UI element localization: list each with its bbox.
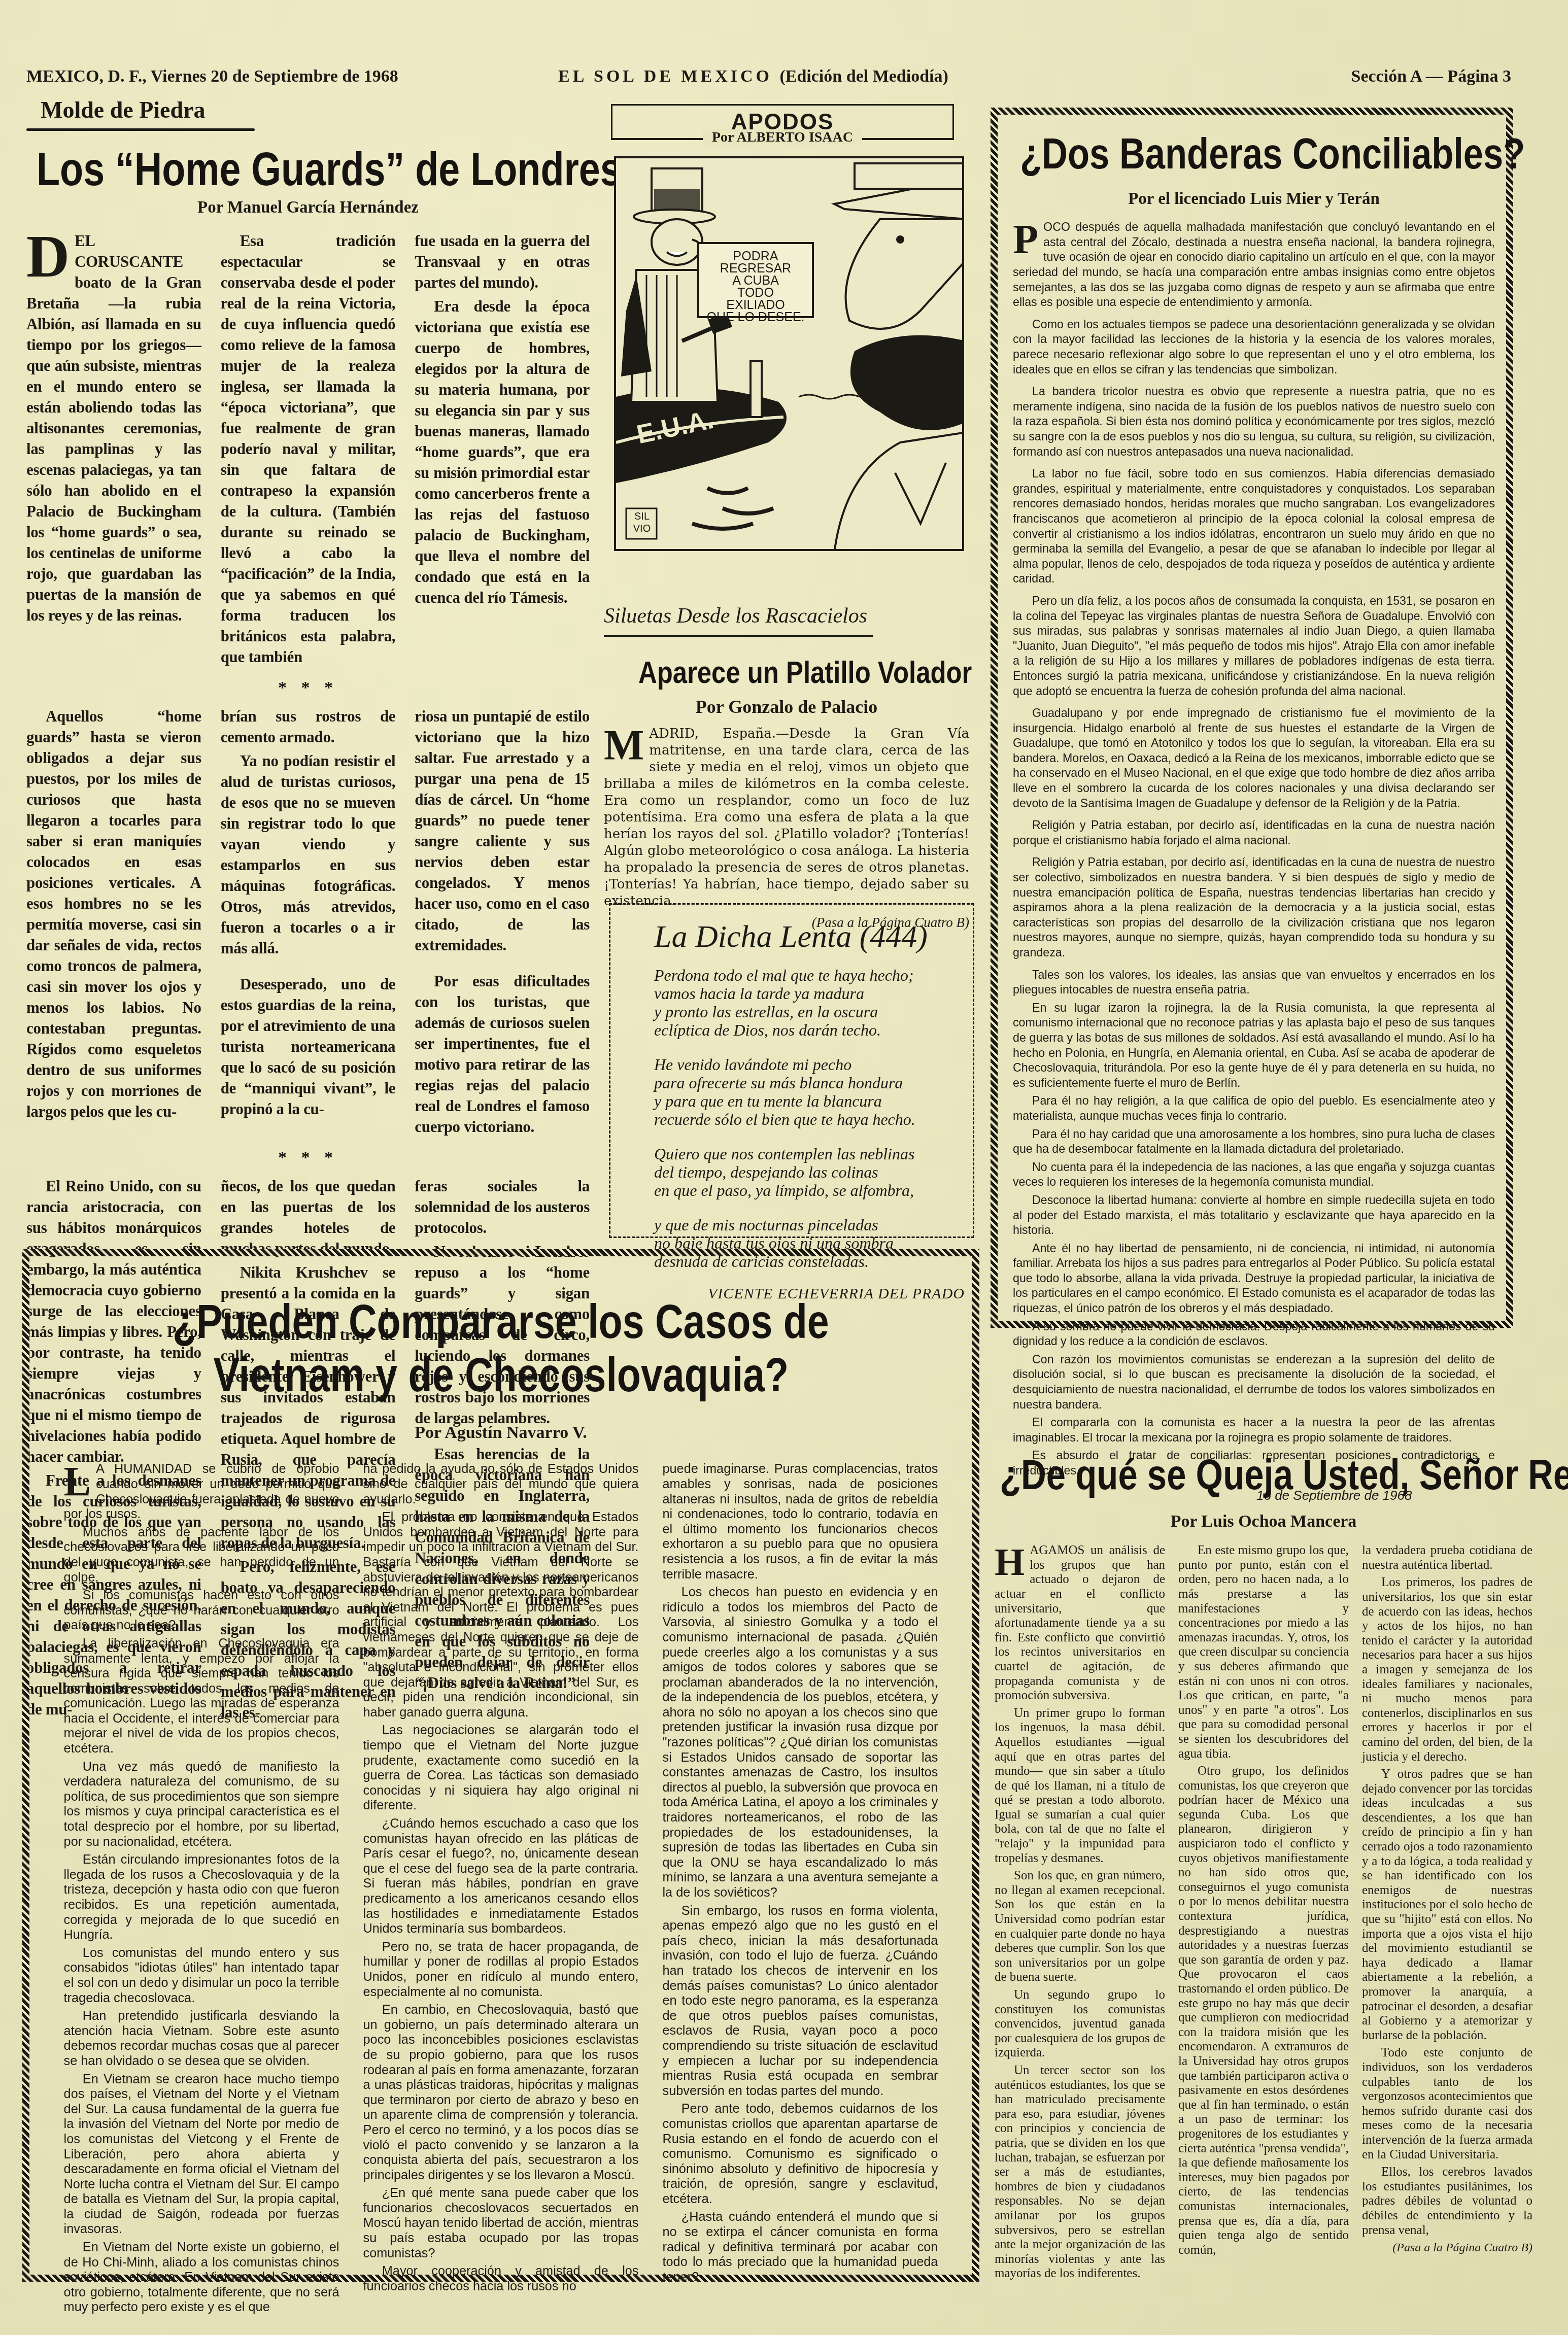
poem-stanza: Quiero que nos contemplen las neblinas d… bbox=[654, 1145, 965, 1199]
paragraph: Sin embargo, los rusos en forma violenta… bbox=[663, 1904, 938, 2099]
article-dos-banderas: ¿Dos Banderas Conciliables? Por el licen… bbox=[991, 108, 1513, 1328]
article-columns: H AGAMOS un análisis de los grupos que h… bbox=[995, 1543, 1532, 2284]
column-1: D EL CORUSCANTE boato de la Gran Bretaña… bbox=[26, 230, 201, 670]
paragraph: El compararla con la comunista es hacer … bbox=[1013, 1415, 1495, 1445]
headline: ¿Dos Banderas Conciliables? bbox=[1020, 131, 1519, 177]
sign-line: A CUBA bbox=[699, 274, 812, 287]
byline: Por Agustín Navarro V. bbox=[55, 1423, 947, 1443]
section-separator: * * * bbox=[26, 678, 590, 698]
headline: Aparece un Platillo Volador bbox=[638, 656, 910, 689]
paragraph: A su sombra no puede vivir la democracia… bbox=[1013, 1319, 1495, 1349]
paragraph: Desconoce la libertad humana: convierte … bbox=[1013, 1193, 1495, 1238]
article-home-guards: Molde de Piedra Los “Home Guards” de Lon… bbox=[26, 96, 590, 1238]
poem-line: para ofrecerte su más blanca hondura bbox=[654, 1074, 965, 1092]
poem-line: en que el paso, ya límpido, se alfombra, bbox=[654, 1181, 965, 1199]
column-3: la verdadera prueba cotidiana de nuestra… bbox=[1362, 1543, 1532, 2284]
dateline: MEXICO, D. F., Viernes 20 de Septiembre … bbox=[26, 67, 398, 86]
column-kicker: Molde de Piedra bbox=[41, 96, 590, 123]
paragraph: A HUMANIDAD se cubrió de oprobio cuando … bbox=[64, 1462, 339, 1522]
drop-cap: H bbox=[995, 1546, 1025, 1579]
paragraph: La labor no fue fácil, sobre todo en sus… bbox=[1013, 466, 1495, 587]
headline: ¿De qué se Queja Usted, Señor Rector? bbox=[1000, 1452, 1549, 1497]
column-2: ha pedido la ayuda no sólo de Estados Un… bbox=[363, 1462, 639, 2318]
sign-line: QUE LO DESEE. bbox=[699, 311, 812, 323]
byline: Por el licenciado Luis Mier y Terán bbox=[1013, 190, 1495, 209]
poem-line: vamos hacia la tarde ya madura bbox=[654, 984, 965, 1003]
poem-box: La Dicha Lenta (444) Perdona todo el mal… bbox=[609, 903, 974, 1238]
column-2: Esa tradición espectacular se conservaba… bbox=[221, 230, 396, 670]
sign-line: EXILIADO bbox=[699, 299, 812, 311]
column-3: fue usada en la guerra del Transvaal y e… bbox=[415, 230, 590, 670]
headline-line-2-wrap: Vietnam y de Checoslovaquia? bbox=[55, 1350, 947, 1400]
poem-line: y para que en tu mente la blancura bbox=[654, 1092, 965, 1110]
article-platillo-volador: Siluetas Desde los Rascacielos Aparece u… bbox=[604, 604, 969, 888]
paragraph: Ellos, los cerebros lavados los estudian… bbox=[1362, 2165, 1532, 2238]
column-2: En este mismo grupo los que, punto por p… bbox=[1178, 1543, 1349, 2284]
paragraph: Como en los actuales tiempos se padece u… bbox=[1013, 317, 1495, 377]
column-1: H AGAMOS un análisis de los grupos que h… bbox=[995, 1543, 1165, 2284]
paragraph: La bandera tricolor nuestra es obvio que… bbox=[1013, 384, 1495, 459]
signature-line: VIO bbox=[628, 523, 656, 535]
poem-line: y que de mis nocturnas pinceladas bbox=[654, 1216, 965, 1234]
drop-cap: P bbox=[1013, 222, 1038, 257]
poem-title: La Dicha Lenta (444) bbox=[654, 919, 965, 955]
paragraph: Y otros padres que se han dejado convenc… bbox=[1362, 1767, 1532, 2043]
paragraph: puede imaginarse. Puras complacencias, t… bbox=[663, 1462, 938, 1582]
paragraph: No cuenta para él la indepedencia de las… bbox=[1013, 1160, 1495, 1190]
kicker-rule bbox=[604, 635, 873, 637]
paragraph: Guadalupano y por ende impregnado de cri… bbox=[1013, 706, 1495, 811]
editorial-cartoon: PODRA REGRESAR A CUBA TODO EXILIADO QUE … bbox=[614, 156, 964, 551]
paragraph: Era desde la época victoriana que existí… bbox=[415, 296, 590, 608]
paragraph: ñecos, de los que quedan en las puertas … bbox=[221, 1176, 396, 1259]
paragraph: ¿En qué mente sana puede caber que los f… bbox=[363, 2186, 639, 2261]
byline: Por Gonzalo de Palacio bbox=[604, 696, 969, 717]
paragraph: riosa un puntapié de estilo victoriano q… bbox=[415, 706, 590, 955]
paragraph: feras sociales la solemnidad de los aust… bbox=[415, 1176, 590, 1238]
sign-line: TODO bbox=[699, 287, 812, 299]
cartoon-credit-row: Por ALBERTO ISAAC bbox=[611, 129, 954, 146]
paragraph: Muchos años de paciente labor de los che… bbox=[64, 1525, 339, 1585]
poem-stanza: He venido lavándote mi pecho para ofrece… bbox=[654, 1055, 965, 1128]
paragraph: brían sus rostros de cemento armado. bbox=[221, 706, 396, 747]
continuation-note: (Pasa a la Página Cuatro B) bbox=[1362, 2241, 1532, 2255]
paragraph: La liberalización en Checoslovaquia era … bbox=[64, 1636, 339, 1757]
cartoonist-signature: SIL VIO bbox=[628, 510, 656, 535]
drop-cap: L bbox=[64, 1464, 91, 1499]
paragraph: Ante él no hay libertad de pensamiento, … bbox=[1013, 1241, 1495, 1316]
paragraph: Pero ante todo, debemos cuidarnos de los… bbox=[663, 2102, 938, 2207]
poem-line: recuerde sólo el bien que te haya hecho. bbox=[654, 1110, 965, 1128]
paragraph: En su lugar izaron la rojinegra, la de l… bbox=[1013, 1001, 1495, 1091]
headline: Los “Home Guards” de Londres bbox=[37, 145, 577, 194]
section-page-label: Sección A — Página 3 bbox=[1351, 67, 1511, 86]
paragraph: Esa tradición espectacular se conservaba… bbox=[221, 230, 396, 667]
paragraph: Si los comunistas hacen esto con otros c… bbox=[64, 1588, 339, 1633]
poem-stanza: Perdona todo el mal que te haya hecho; v… bbox=[654, 966, 965, 1039]
paragraph: Una vez más quedó de manifiesto la verda… bbox=[64, 1760, 339, 1850]
paragraph: Pero un día feliz, a los pocos años de c… bbox=[1013, 594, 1495, 699]
poem-line: eclíptica de Dios, nos darán techo. bbox=[654, 1021, 965, 1039]
paragraph: En Vietnam del Norte existe un gobierno,… bbox=[64, 2240, 339, 2315]
paragraph: Otro grupo, los definidos comunistas, lo… bbox=[1178, 1764, 1349, 2257]
section-separator: * * * bbox=[26, 1148, 590, 1167]
column-1: Aquellos “home guards” hasta se vieron o… bbox=[26, 706, 201, 1140]
paragraph: Ya no podían resistir el alud de turista… bbox=[221, 750, 396, 958]
cartoon-author: Por ALBERTO ISAAC bbox=[703, 129, 862, 145]
paper-name: EL SOL DE MEXICO bbox=[558, 67, 772, 86]
paragraph: ¿Hasta cuándo entenderá el mundo que si … bbox=[663, 2210, 938, 2285]
paragraph: Tales son los valores, los ideales, las … bbox=[1013, 968, 1495, 998]
paragraph: Religión y Patria estaban, por decirlo a… bbox=[1013, 818, 1495, 848]
column-3: riosa un puntapié de estilo victoriano q… bbox=[415, 706, 590, 1140]
poem-line: Quiero que nos contemplen las neblinas bbox=[654, 1145, 965, 1163]
byline: Por Manuel García Hernández bbox=[26, 198, 590, 217]
poem-line: Perdona todo el mal que te haya hecho; bbox=[654, 966, 965, 984]
article-body: M ADRID, España.—Desde la Gran Vía matri… bbox=[604, 726, 969, 910]
poem-line: y pronto las estrellas, en la oscura bbox=[654, 1003, 965, 1021]
paragraph: ha pedido la ayuda no sólo de Estados Un… bbox=[363, 1462, 639, 1507]
paragraph: En cambio, en Checoslovaquia, bastó que … bbox=[363, 2003, 639, 2183]
newspaper-title: EL SOL DE MEXICO (Edición del Mediodía) bbox=[558, 67, 948, 86]
sign-line: PODRA bbox=[699, 250, 812, 262]
paragraph: En Vietnam se crearon hace mucho tiempo … bbox=[64, 2072, 339, 2238]
paragraph: Las negociaciones se alargarán todo el t… bbox=[363, 1723, 639, 1813]
paragraph: la verdadera prueba cotidiana de nuestra… bbox=[1362, 1543, 1532, 1572]
signature-line: SIL bbox=[628, 510, 656, 523]
paragraph: Para él no hay caridad que una amorosame… bbox=[1013, 1127, 1495, 1157]
paragraph: OCO después de aquella malhadada manifes… bbox=[1013, 220, 1495, 310]
paragraph: El problema no consiste en que Estados U… bbox=[363, 1510, 639, 1720]
paragraph: En este mismo grupo los que, punto por p… bbox=[1178, 1543, 1349, 1761]
paragraph: Los comunistas del mundo entero y sus co… bbox=[64, 1946, 339, 2006]
headline-line-2: Vietnam y de Checoslovaquia? bbox=[213, 1350, 789, 1400]
poem-line: del tiempo, despejando las colinas bbox=[654, 1163, 965, 1181]
article-columns: L A HUMANIDAD se cubrió de oprobio cuand… bbox=[64, 1462, 938, 2318]
paragraph: Religión y Patria estaban, por decirlo a… bbox=[1013, 855, 1495, 960]
headline-line-1: ¿Pueden Compararse los Casos de bbox=[173, 1297, 829, 1347]
paragraph: Han pretendido justificarla desviando la… bbox=[64, 2009, 339, 2069]
paragraph: Un segundo grupo lo constituyen los comu… bbox=[995, 1988, 1165, 2061]
edition-label: (Edición del Mediodía) bbox=[779, 67, 948, 86]
article-columns-block-2: Aquellos “home guards” hasta se vieron o… bbox=[26, 706, 590, 1140]
paragraph: Los primeros, los padres de universitari… bbox=[1362, 1575, 1532, 1764]
cartoon-drawing bbox=[616, 158, 964, 551]
paragraph: Están circulando impresionantes fotos de… bbox=[64, 1852, 339, 1943]
headline: ¿Pueden Compararse los Casos de bbox=[55, 1297, 947, 1347]
kicker-rule bbox=[26, 128, 255, 131]
paragraph: Los checos han puesto en evidencia y en … bbox=[663, 1585, 938, 1900]
article-senor-rector: ¿De qué se Queja Usted, Señor Rector? Po… bbox=[995, 1452, 1532, 2315]
paragraph: Aquellos “home guards” hasta se vieron o… bbox=[26, 706, 201, 1122]
article-columns-block-1: D EL CORUSCANTE boato de la Gran Bretaña… bbox=[26, 230, 590, 670]
paragraph: Por esas dificultades con los turistas, … bbox=[415, 971, 590, 1137]
column-kicker: Siluetas Desde los Rascacielos bbox=[604, 604, 969, 628]
drop-cap: D bbox=[26, 232, 70, 281]
column-1: L A HUMANIDAD se cubrió de oprobio cuand… bbox=[64, 1462, 339, 2318]
cartoon-sign: PODRA REGRESAR A CUBA TODO EXILIADO QUE … bbox=[697, 242, 814, 318]
paragraph: Todo este conjunto de individuos, son lo… bbox=[1362, 2046, 1532, 2162]
paragraph: Para él no hay religión, a la que califi… bbox=[1013, 1093, 1495, 1123]
paragraph: Mayor cooperación y amistad de los funci… bbox=[363, 2264, 639, 2294]
poem-line: He venido lavándote mi pecho bbox=[654, 1055, 965, 1074]
paragraph: Son los que, en gran número, no llegan a… bbox=[995, 1869, 1165, 1985]
column-3: puede imaginarse. Puras complacencias, t… bbox=[663, 1462, 938, 2318]
paragraph: Con razón los movimientos comunistas se … bbox=[1013, 1352, 1495, 1412]
paragraph: Un tercer sector son los auténticos estu… bbox=[995, 2064, 1165, 2281]
byline: Por Luis Ochoa Mancera bbox=[995, 1512, 1532, 1531]
paragraph: fue usada en la guerra del Transvaal y e… bbox=[415, 230, 590, 293]
article-vietnam-checoslovaquia: ¿Pueden Compararse los Casos de Vietnam … bbox=[22, 1249, 979, 2282]
paragraph: ADRID, España.—Desde la Gran Vía matrite… bbox=[604, 726, 969, 910]
sign-line: REGRESAR bbox=[699, 262, 812, 274]
paragraph: ¿Cuándo hemos escuchado a caso que los c… bbox=[363, 1816, 639, 1937]
paragraph: Un primer grupo lo forman los ingenuos, … bbox=[995, 1706, 1165, 1866]
paragraph: Pero no, se trata de hacer propaganda, d… bbox=[363, 1940, 639, 2000]
paragraph: Desesperado, uno de estos guardias de la… bbox=[221, 974, 396, 1119]
drop-cap: M bbox=[604, 728, 644, 764]
column-2: brían sus rostros de cemento armado. Ya … bbox=[221, 706, 396, 1140]
article-body: P OCO después de aquella malhadada manif… bbox=[1013, 220, 1495, 1478]
